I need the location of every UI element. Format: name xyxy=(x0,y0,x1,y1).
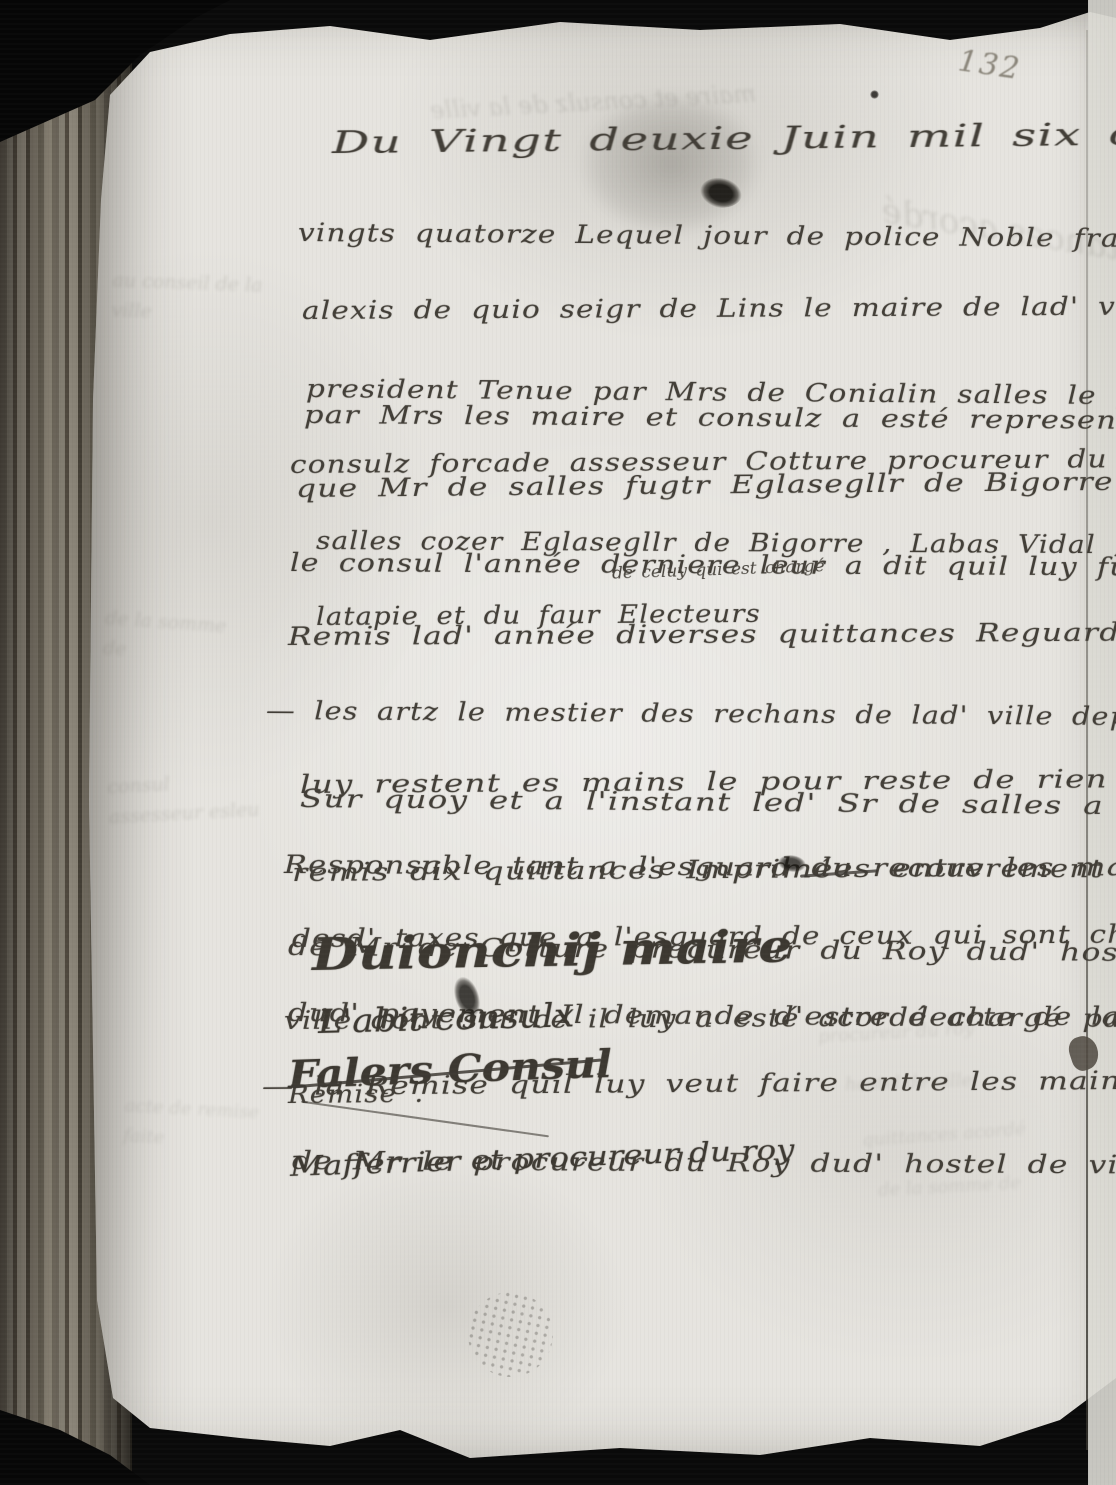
ink-blot xyxy=(870,90,879,99)
manuscript-scan: { "folio": { "number": "132" }, "entry":… xyxy=(0,0,1116,1485)
manuscript-line: vingts quatorze Lequel jour de police No… xyxy=(298,214,1116,261)
manuscript-line: Sur quoy et a l'instant led' Sr de salle… xyxy=(300,780,1116,831)
signature-maire: Duionchij maire xyxy=(312,920,793,981)
manuscript-line: Remis lad' année diverses quittances Reg… xyxy=(288,611,1116,656)
manuscript-line: par Mrs les maire et consulz a esté repr… xyxy=(304,396,1116,444)
manuscript-line: — les artz le mestier des rechans de lad… xyxy=(266,692,1116,739)
entry-heading-paragraph: Du Vingt deuxie Juin mil six cens quatre… xyxy=(0,124,1116,390)
manuscript-line: remis dix quittances Imprimées entre les… xyxy=(292,844,1116,892)
signature-consul-labit: L'abit consulx xyxy=(317,995,574,1041)
manuscript-line: que Mr de salles fugtr Eglasegllr de Big… xyxy=(296,458,1116,508)
manuscript-line: alexis de quio seigr de Lins le maire de… xyxy=(302,285,1116,330)
entry-body-paragraph: par Mrs les maire et consulz a esté repr… xyxy=(0,396,1116,814)
